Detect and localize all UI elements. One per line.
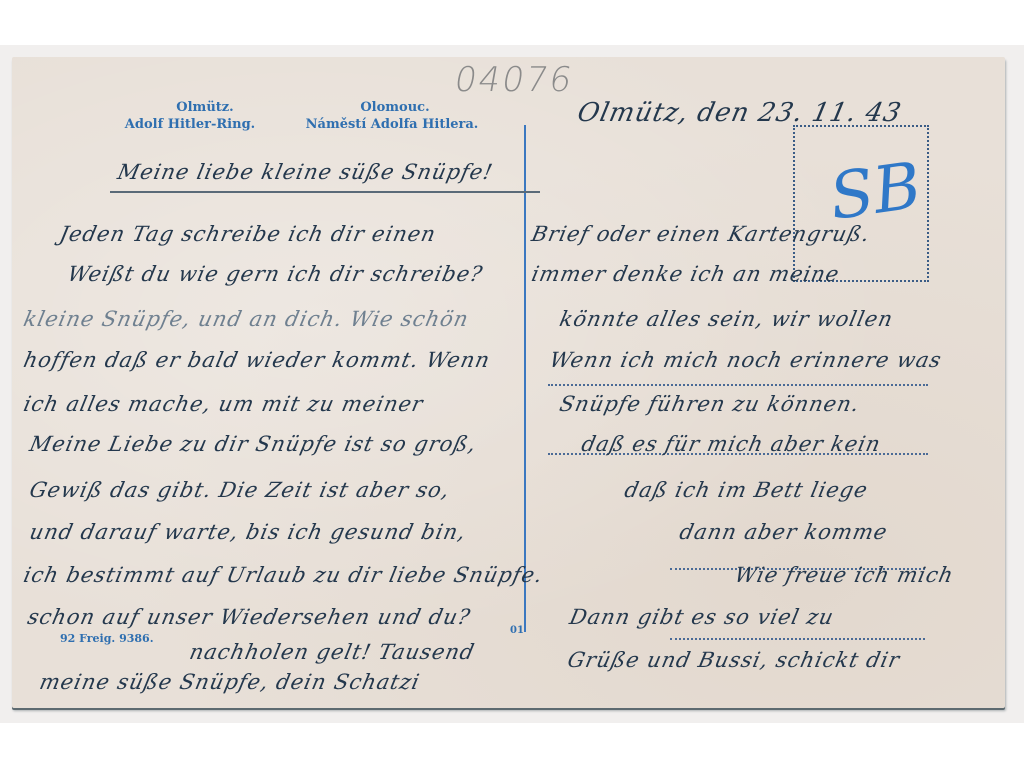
message-line: dann aber komme [677, 520, 890, 544]
place-date: Olmütz, den 23. 11. 43 [575, 98, 904, 128]
center-divider-line [524, 125, 526, 632]
address-line-4 [670, 638, 925, 640]
message-line: nachholen gelt! Tausend [187, 640, 477, 664]
archive-number: 04076 [451, 60, 576, 100]
closing-signature: meine süße Snüpfe, dein Schatzi [37, 670, 422, 694]
message-line: schon auf unser Wiedersehen und du? [25, 605, 472, 629]
message-line: immer denke ich an meine [529, 262, 841, 286]
greeting: Meine liebe kleine süße Snüpfe! [115, 160, 495, 184]
message-line: kleine Snüpfe, und an dich. Wie schön [21, 307, 471, 331]
greeting-underline [110, 191, 540, 193]
message-line: Wenn ich mich noch erinnere was [547, 348, 944, 372]
monogram-stamp-icon: SB [826, 154, 925, 230]
message-line: Brief oder einen Kartengruß. [529, 222, 872, 246]
printed-czech-city: Olomouc. [300, 100, 490, 116]
message-line: Wie freue ich mich [732, 563, 956, 587]
message-line: Meine Liebe zu dir Snüpfe ist so groß, [27, 432, 478, 456]
message-line: Dann gibt es so viel zu [567, 605, 836, 629]
message-line: Jeden Tag schreibe ich dir einen [57, 222, 438, 246]
message-line: ich bestimmt auf Urlaub zu dir liebe Snü… [21, 563, 545, 587]
printed-german-city: Olmütz. [110, 100, 300, 116]
message-line: hoffen daß er bald wieder kommt. Wenn [21, 348, 492, 372]
printed-czech-street: Náměstí Adolfa Hitlera. [272, 117, 512, 133]
message-line: daß ich im Bett liege [622, 478, 870, 502]
printer-mark: 01 [510, 625, 524, 636]
message-line: und darauf warte, bis ich gesund bin, [27, 520, 468, 544]
message-line: Grüße und Bussi, schickt dir [565, 648, 902, 672]
printed-german-street: Adolf Hitler-Ring. [90, 117, 290, 133]
message-line: Snüpfe führen zu können. [557, 392, 862, 416]
message-line: daß es für mich aber kein [579, 432, 883, 456]
message-line: könnte alles sein, wir wollen [557, 307, 895, 331]
censor-mark: 92 Freig. 9386. [60, 632, 154, 645]
message-line: Weißt du wie gern ich dir schreibe? [65, 262, 485, 286]
message-line: Gewiß das gibt. Die Zeit ist aber so, [27, 478, 452, 502]
message-line: ich alles mache, um mit zu meiner [21, 392, 425, 416]
address-line-1 [548, 384, 928, 386]
